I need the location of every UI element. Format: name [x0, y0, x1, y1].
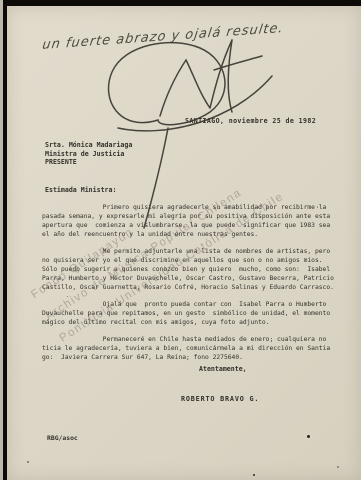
- letter-body: Primero quisiera agradecerle su amabilid…: [42, 203, 346, 370]
- recipient-name: Srta. Mónica Madariaga: [45, 141, 132, 150]
- scanned-letter-frame: Fondo Quilapayún Archivo de Música Popul…: [0, 0, 361, 480]
- signed-name: ROBERTO BRAVO G.: [181, 395, 259, 403]
- paragraph-2: Me permito adjuntarle una lista de nombr…: [42, 247, 346, 292]
- paragraph-3: Ojalá que pronto pueda contar con Isabel…: [42, 300, 346, 327]
- typist-initials: RBG/asoc: [47, 434, 78, 442]
- salutation: Estimada Ministra:: [45, 186, 116, 194]
- date-line: SANTIAGO, noviembre 25 de 1982: [185, 117, 316, 125]
- recipient-title: Ministra de Justicia: [45, 150, 132, 159]
- recipient-block: Srta. Mónica Madariaga Ministra de Justi…: [45, 141, 132, 167]
- paragraph-1: Primero quisiera agradecerle su amabilid…: [42, 203, 346, 239]
- closing-line: Atentamente,: [199, 365, 247, 373]
- paragraph-4: Permaneceré en Chile hasta mediados de e…: [42, 335, 346, 362]
- recipient-presente: PRESENTE: [45, 158, 132, 167]
